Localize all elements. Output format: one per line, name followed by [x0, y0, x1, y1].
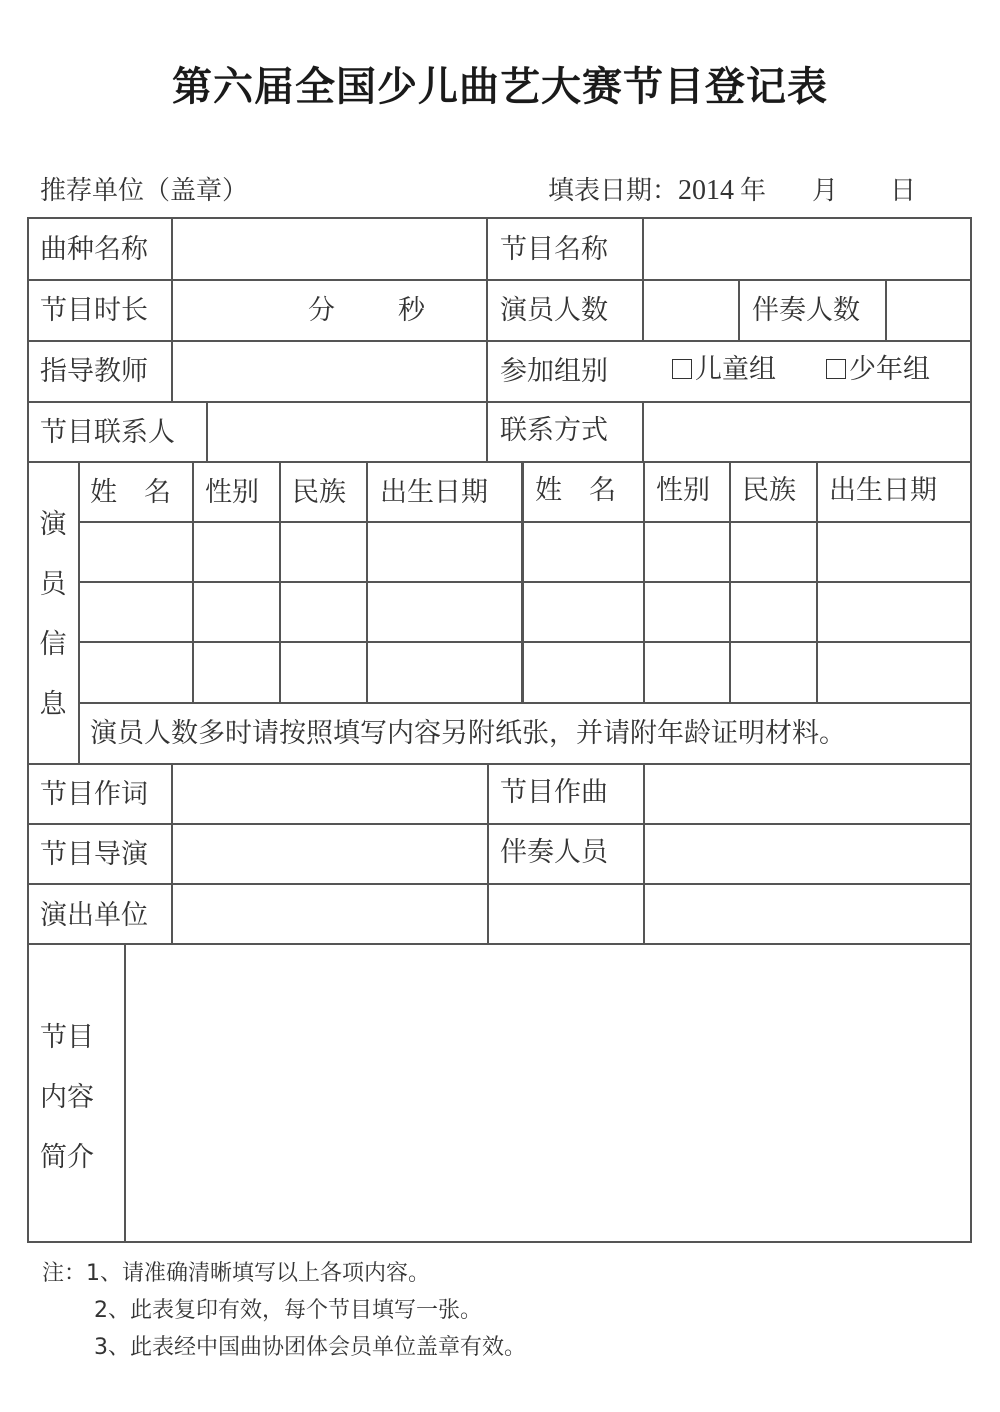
performer-cell[interactable] [194, 583, 279, 641]
group-option-children[interactable]: 儿童组 [672, 356, 776, 383]
rule [78, 702, 972, 704]
performer-cell[interactable] [194, 523, 279, 581]
minutes-unit: 分 [308, 297, 335, 324]
rule [27, 279, 972, 281]
performer-cell[interactable] [281, 523, 366, 581]
performing-unit-field[interactable] [173, 885, 487, 943]
performers-section-label: 演 员 信 息 [33, 495, 73, 735]
col-name: 姓 名 [90, 479, 171, 506]
section-char: 演 [33, 495, 73, 555]
intro-label: 节目 内容 简介 [40, 1008, 100, 1188]
performer-cell[interactable] [818, 643, 970, 702]
section-char: 信 [33, 615, 73, 675]
composer-label: 节目作曲 [500, 779, 608, 806]
performer-count-label: 演员人数 [500, 297, 608, 324]
performer-cell[interactable] [80, 523, 192, 581]
performer-cell[interactable] [194, 643, 279, 702]
performer-cell[interactable] [645, 523, 729, 581]
table-border-right [970, 218, 972, 1242]
performer-cell[interactable] [731, 523, 816, 581]
director-field[interactable] [173, 825, 487, 883]
accompanist-count-label: 伴奏人数 [752, 297, 860, 324]
performer-cell[interactable] [80, 643, 192, 702]
program-name-field[interactable] [644, 219, 970, 279]
seconds-unit: 秒 [398, 297, 425, 324]
col-ethnicity: 民族 [292, 479, 346, 506]
performer-cell[interactable] [368, 583, 521, 641]
section-char: 息 [33, 675, 73, 735]
group-option-youth[interactable]: 少年组 [826, 356, 930, 383]
accompanists-label: 伴奏人员 [500, 839, 608, 866]
col-birthdate-2: 出生日期 [829, 477, 937, 504]
genre-name-label: 曲种名称 [40, 236, 148, 263]
recommend-unit-label: 推荐单位（盖章） [40, 170, 248, 207]
contact-person-field[interactable] [208, 403, 486, 461]
intro-label-line: 内容 [40, 1068, 100, 1128]
group-option-youth-label: 少年组 [849, 354, 930, 385]
col-gender-2: 性别 [656, 477, 710, 504]
performing-unit-label: 演出单位 [40, 902, 148, 929]
blank-cell[interactable] [645, 885, 970, 943]
performer-cell[interactable] [281, 583, 366, 641]
duration-label: 节目时长 [40, 297, 148, 324]
rule [486, 218, 488, 461]
rule [738, 279, 740, 340]
note-3: 3、此表经中国曲协团体会员单位盖章有效。 [94, 1330, 526, 1361]
performer-cell[interactable] [524, 523, 643, 581]
col-name-2: 姓 名 [535, 477, 616, 504]
performer-cell[interactable] [818, 523, 970, 581]
col-birthdate: 出生日期 [380, 479, 488, 506]
contact-person-label: 节目联系人 [40, 419, 175, 446]
contact-method-label: 联系方式 [500, 417, 608, 444]
month-unit: 月 [812, 176, 838, 206]
day-unit: 日 [890, 176, 916, 206]
performer-cell[interactable] [731, 583, 816, 641]
performer-cell[interactable] [368, 643, 521, 702]
composer-field[interactable] [645, 765, 970, 823]
rule [27, 461, 972, 463]
performer-cell[interactable] [281, 643, 366, 702]
program-name-label: 节目名称 [500, 236, 608, 263]
performer-cell[interactable] [368, 523, 521, 581]
director-label: 节目导演 [40, 841, 148, 868]
performers-note: 演员人数多时请按照填写内容另附纸张，并请附年龄证明材料。 [90, 720, 846, 747]
duration-field[interactable]: 分 秒 [173, 281, 486, 340]
rule [27, 340, 972, 342]
accompanists-field[interactable] [645, 825, 970, 883]
intro-label-line: 简介 [40, 1128, 100, 1188]
performer-count-field[interactable] [644, 281, 738, 340]
rule [27, 1241, 972, 1243]
group-label: 参加组别 [500, 358, 608, 385]
col-gender: 性别 [205, 479, 259, 506]
col-ethnicity-2: 民族 [742, 477, 796, 504]
intro-label-line: 节目 [40, 1008, 100, 1068]
performer-cell[interactable] [645, 643, 729, 702]
accompanist-count-field[interactable] [887, 281, 970, 340]
table-border-left [27, 218, 29, 1242]
performer-cell[interactable] [818, 583, 970, 641]
performer-cell[interactable] [80, 583, 192, 641]
fill-date: 填表日期：2014年月日 [548, 170, 916, 207]
year-unit: 年 [740, 176, 766, 206]
lyricist-field[interactable] [173, 765, 487, 823]
checkbox-children[interactable] [672, 359, 692, 379]
performer-cell[interactable] [731, 643, 816, 702]
genre-name-field[interactable] [173, 219, 486, 279]
section-char: 员 [33, 555, 73, 615]
group-option-children-label: 儿童组 [695, 354, 776, 385]
note-2: 2、此表复印有效，每个节目填写一张。 [94, 1293, 482, 1324]
performer-cell[interactable] [645, 583, 729, 641]
note-1: 注：1、请准确清晰填写以上各项内容。 [42, 1256, 430, 1287]
contact-method-field[interactable] [644, 403, 970, 461]
lyricist-label: 节目作词 [40, 781, 148, 808]
instructor-label: 指导教师 [40, 358, 148, 385]
blank-cell[interactable] [489, 885, 643, 943]
performer-cell[interactable] [524, 643, 643, 702]
checkbox-youth[interactable] [826, 359, 846, 379]
fill-date-year: 2014 [678, 175, 734, 206]
fill-date-label: 填表日期： [548, 176, 678, 206]
page-title: 第六届全国少儿曲艺大赛节目登记表 [0, 55, 1000, 112]
instructor-field[interactable] [173, 342, 486, 401]
intro-textarea[interactable] [126, 945, 970, 1241]
performer-cell[interactable] [524, 583, 643, 641]
